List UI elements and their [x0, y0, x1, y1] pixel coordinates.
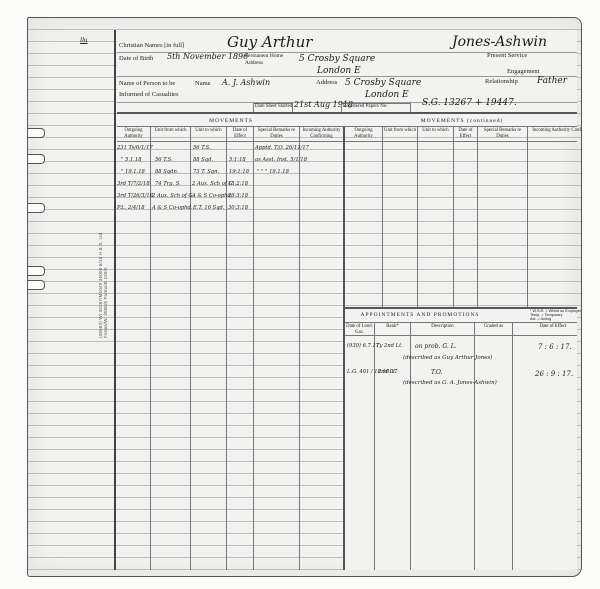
- present-service-label: Present Service: [487, 52, 527, 59]
- engagement-label: Engagement: [507, 68, 540, 75]
- informee-address-line2: London E: [365, 90, 409, 100]
- col-unit-from: Unit from which: [151, 127, 191, 141]
- binder-tab-icon: [27, 280, 45, 290]
- date-of-birth-value: 5th November 1896: [167, 52, 248, 61]
- permanent-home-label: Permanent Home: [245, 53, 283, 59]
- col-incoming-authority: Incoming Authority Confirming: [300, 127, 345, 141]
- movements-title: MOVEMENTS: [117, 118, 345, 124]
- stub-divider: [114, 30, 116, 570]
- registered-papers-label: Registered Papers No.: [343, 104, 388, 109]
- col-unit-from: Unit from which: [383, 127, 418, 141]
- col-gazette-date: Date of Lond. Gaz.: [345, 323, 375, 335]
- col-special-remarks: Special Remarks re Duties: [478, 127, 528, 141]
- col-description: Description: [411, 323, 475, 335]
- col-date-of-effect: Date of Effect: [513, 323, 582, 335]
- col-unit-to: Unit to which: [191, 127, 227, 141]
- binder-tab-icon: [27, 203, 45, 213]
- col-outgoing-authority: Outgoing Authority: [117, 127, 151, 141]
- appointments-title: APPOINTMENTS AND PROMOTIONS: [345, 312, 495, 318]
- christian-names-value: Guy Arthur: [227, 33, 312, 51]
- movements-table: Outgoing Authority Unit from which Unit …: [117, 127, 345, 570]
- date-sheet-started-label: Date Sheet Started: [255, 104, 292, 109]
- stub-mark: llu: [80, 36, 87, 44]
- service-record-sheet: llu (38683) Wt 35267/M1049 35000 6/16 H …: [27, 17, 582, 577]
- home-line1: 5 Crosby Square: [299, 54, 375, 64]
- binder-tab-icon: [27, 128, 45, 138]
- permanent-address-label: Address: [245, 60, 263, 66]
- abbreviation-key: * W.S.R. = Whilst so Employed Temp. = Te…: [530, 309, 582, 321]
- christian-names-label: Christian Names [in full]: [119, 42, 184, 49]
- informee-label-1: Name of Person to be: [119, 80, 175, 87]
- col-date-of-effect: Date of Effect: [227, 127, 254, 141]
- informee-address-label: Address: [316, 79, 337, 86]
- appointments-table: APPOINTMENTS AND PROMOTIONS * W.S.R. = W…: [345, 307, 577, 570]
- col-date-of-effect: Date of Effect: [454, 127, 478, 141]
- record-form: Christian Names [in full] Guy Arthur Jon…: [117, 30, 577, 570]
- binder-tab-icon: [27, 154, 45, 164]
- informee-name-label: Name: [195, 80, 211, 87]
- col-graded-as: Graded as: [475, 323, 513, 335]
- registered-papers-value: S.G. 13267 + 19447.: [422, 98, 517, 108]
- col-unit-to: Unit to which: [418, 127, 454, 141]
- relationship-label: Relationship: [485, 78, 518, 85]
- surname-value: Jones-Ashwin: [452, 34, 547, 50]
- informee-label-2: Informed of Casualties: [119, 91, 179, 98]
- informee-name-value: A. J. Ashwin: [222, 78, 270, 87]
- relationship-value: Father: [537, 76, 567, 86]
- movements-continued-title: MOVEMENTS (continued): [347, 118, 577, 124]
- informee-address-line1: 5 Crosby Square: [345, 78, 421, 88]
- binder-tab-icon: [27, 266, 45, 276]
- col-outgoing-authority: Outgoing Authority: [345, 127, 383, 141]
- personal-details: Christian Names [in full] Guy Arthur Jon…: [117, 30, 577, 131]
- col-rank: Rank*: [375, 323, 411, 335]
- col-incoming-authority: Incoming Authority Confirming: [528, 127, 582, 141]
- date-of-birth-label: Date of Birth: [119, 55, 153, 62]
- binding-stub: llu (38683) Wt 35267/M1049 35000 6/16 H …: [28, 18, 114, 576]
- movements-continued-table: Outgoing Authority Unit from which Unit …: [345, 127, 577, 307]
- home-line2: London E: [317, 66, 361, 76]
- col-special-remarks: Special Remarks re Duties: [254, 127, 300, 141]
